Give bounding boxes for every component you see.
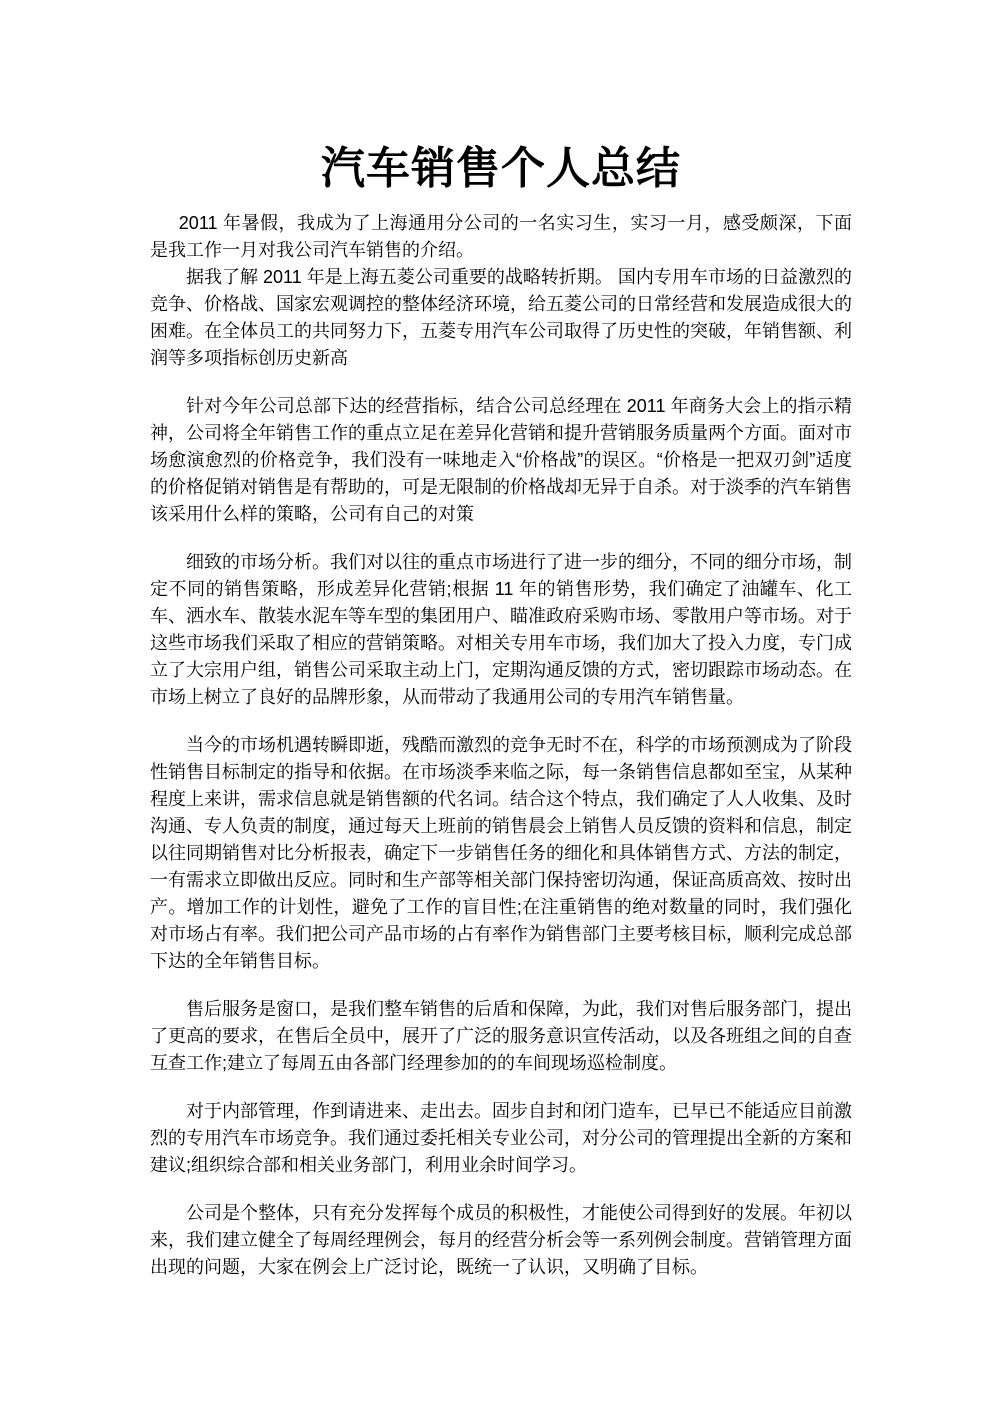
paragraph-after-sales: 售后服务是窗口，是我们整车销售的后盾和保障，为此，我们对售后服务部门，提出了更高…	[150, 996, 852, 1077]
document-title: 汽车销售个人总结	[150, 140, 852, 198]
paragraph-strategy: 针对今年公司总部下达的经营指标，结合公司总经理在 2011 年商务大会上的指示精…	[150, 393, 852, 528]
paragraph-internal-management: 对于内部管理，作到请进来、走出去。固步自封和闭门造车，已早已不能适应目前激烈的专…	[150, 1098, 852, 1179]
document-body: 2011 年暑假，我成为了上海通用分公司的一名实习生，实习一月，感受颇深，下面是…	[150, 210, 852, 1281]
document-page: 汽车销售个人总结 2011 年暑假，我成为了上海通用分公司的一名实习生，实习一月…	[0, 0, 1000, 1415]
paragraph-background: 据我了解 2011 年是上海五菱公司重要的战略转折期。 国内专用车市场的日益激烈…	[150, 264, 852, 372]
paragraph-intro: 2011 年暑假，我成为了上海通用分公司的一名实习生，实习一月，感受颇深，下面是…	[150, 210, 852, 264]
paragraph-market-analysis: 细致的市场分析。我们对以往的重点市场进行了进一步的细分，不同的细分市场，制定不同…	[150, 549, 852, 711]
paragraph-company-whole: 公司是个整体，只有充分发挥每个成员的积极性，才能使公司得到好的发展。年初以来，我…	[150, 1200, 852, 1281]
paragraph-market-forecast: 当今的市场机遇转瞬即逝，残酷而激烈的竞争无时不在，科学的市场预测成为了阶段性销售…	[150, 732, 852, 975]
